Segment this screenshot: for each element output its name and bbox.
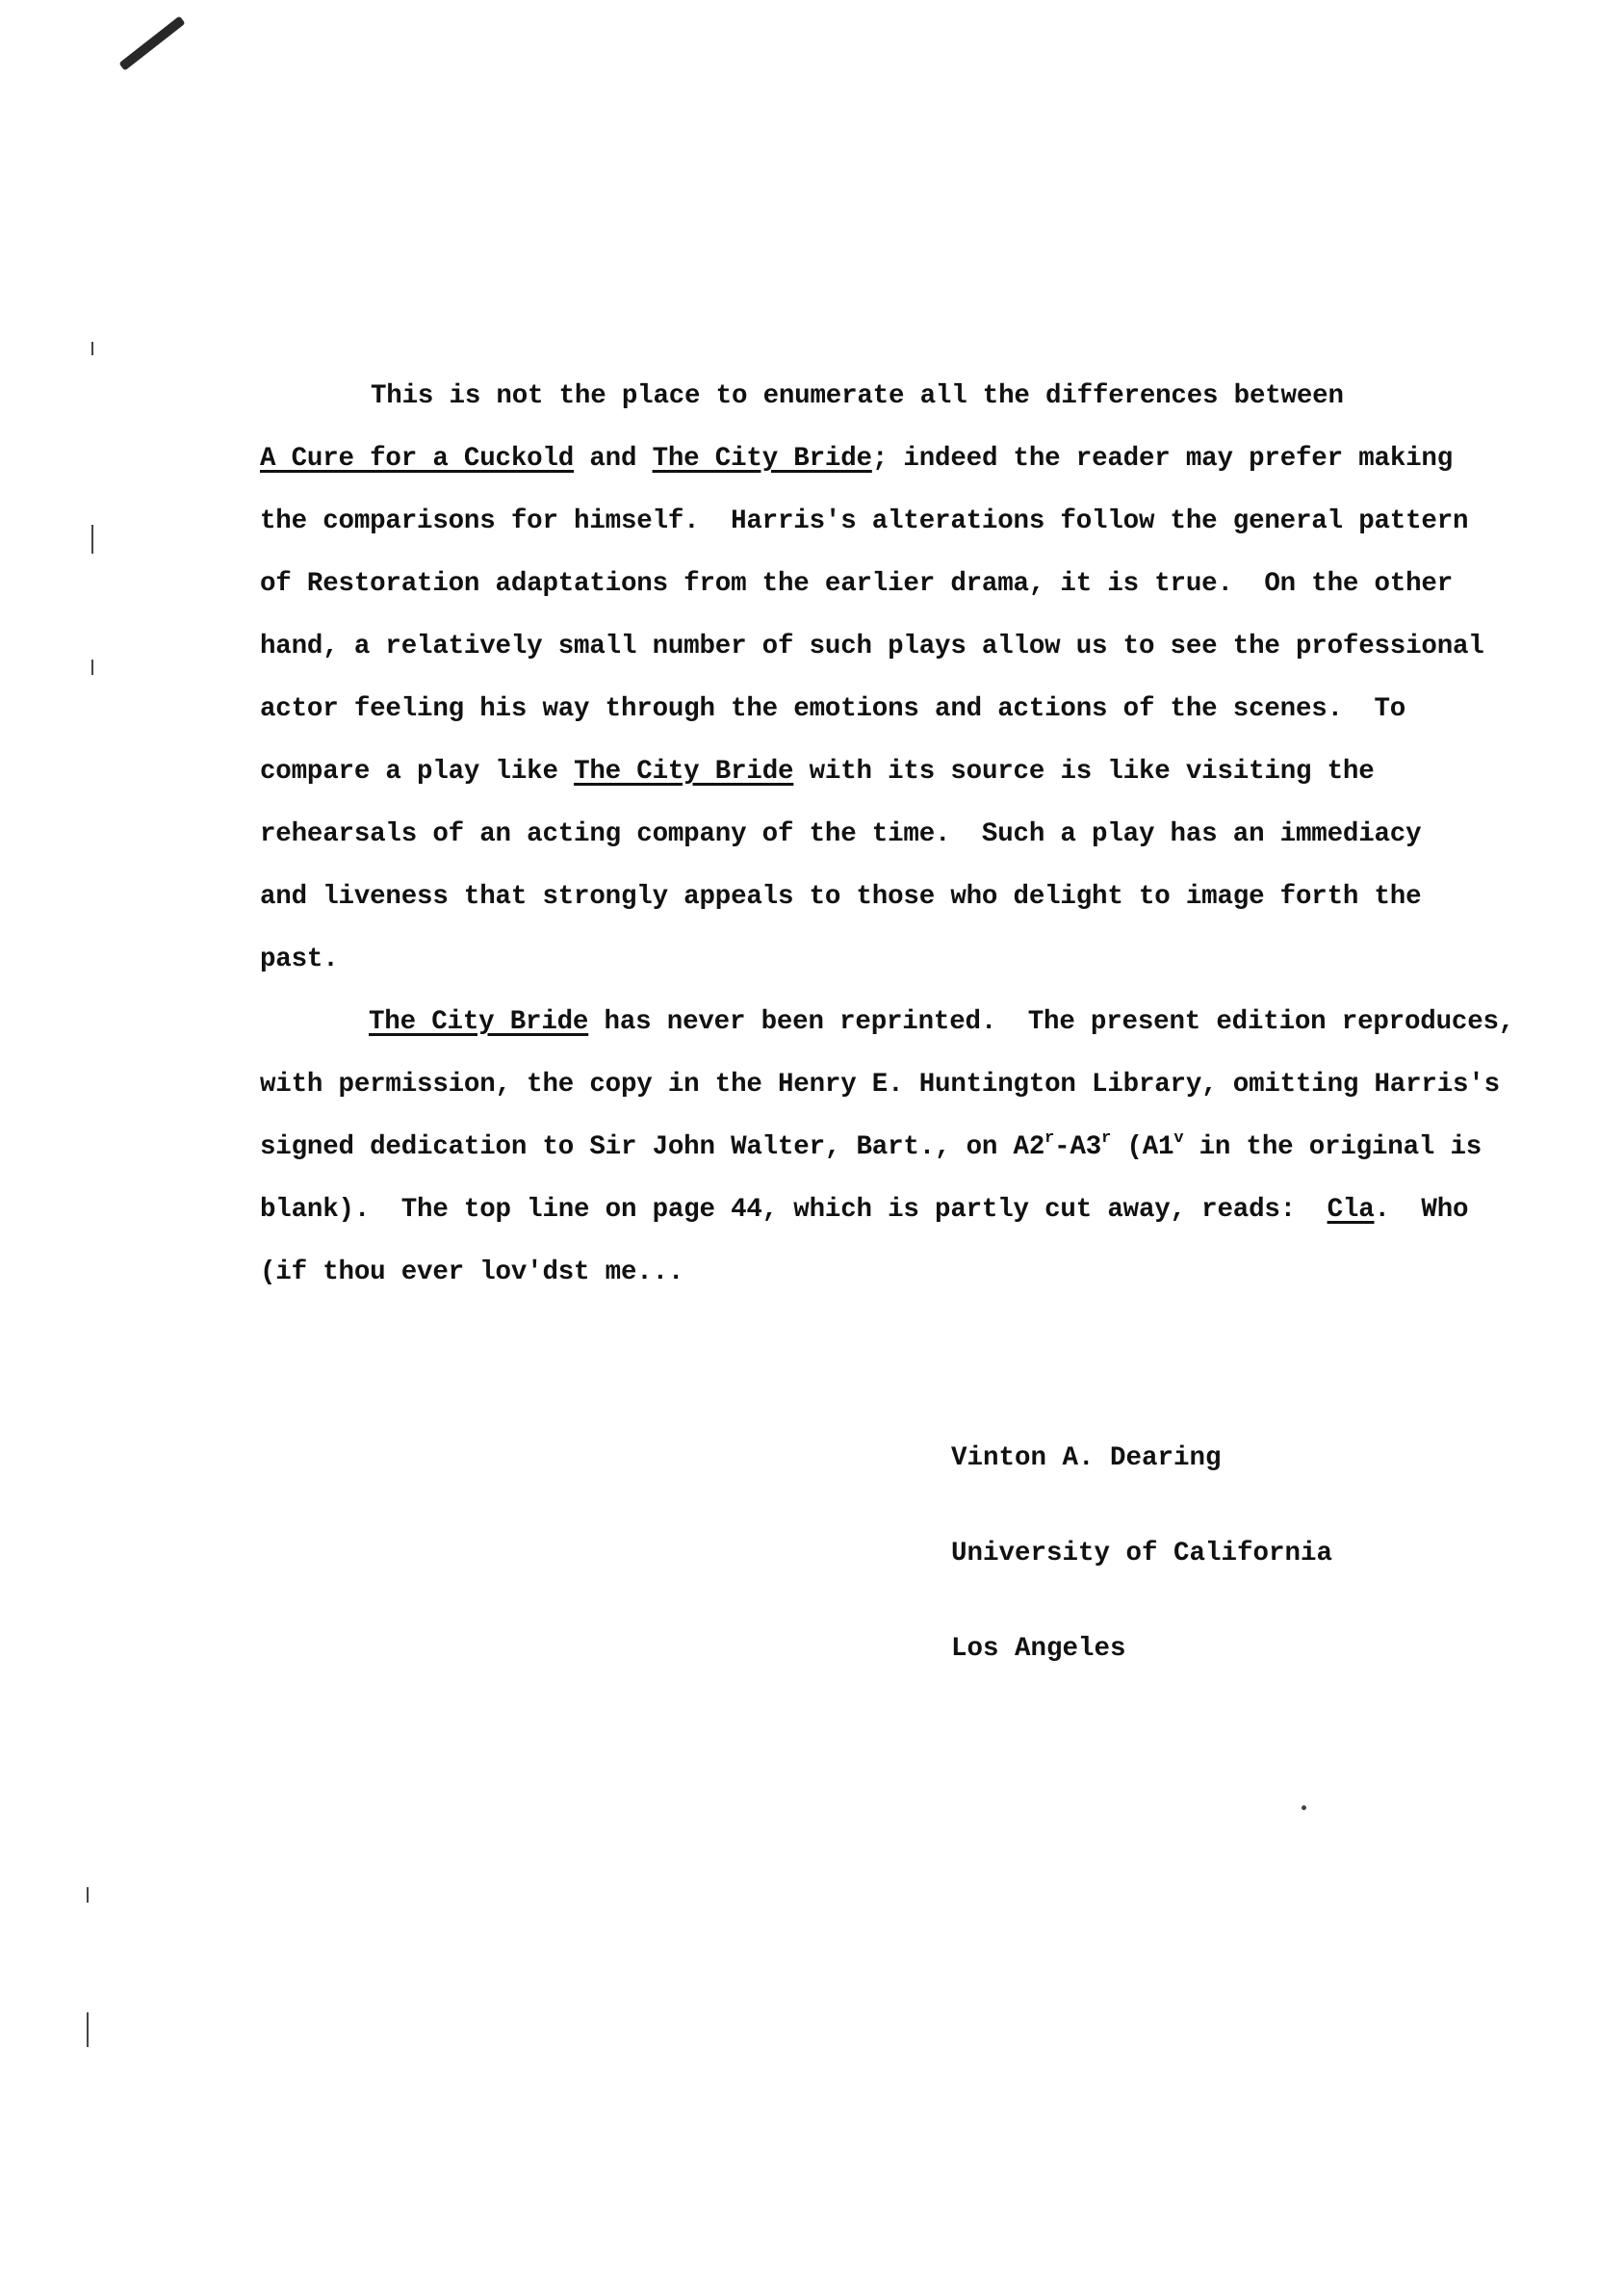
superscript-recto: r <box>1101 1129 1111 1148</box>
text-line: actor feeling his way through the emotio… <box>260 693 1405 726</box>
signature-city: Los Angeles <box>951 1633 1332 1665</box>
margin-speck <box>91 660 93 675</box>
text-line: and liveness that strongly appeals to th… <box>260 881 1421 914</box>
margin-speck <box>87 1887 89 1903</box>
text-line: past. <box>260 944 339 976</box>
title-the-city-bride: The City Bride <box>574 757 793 787</box>
title-the-city-bride: The City Bride <box>369 1007 588 1037</box>
speaker-abbreviation-cla: Cla <box>1328 1195 1375 1225</box>
text-line: the comparisons for himself. Harris's al… <box>260 505 1468 538</box>
margin-speck <box>1302 1805 1306 1810</box>
text-line: compare a play like The City Bride with … <box>260 756 1375 789</box>
document-page: This is not the place to enumerate all t… <box>0 0 1624 2281</box>
text-line: with permission, the copy in the Henry E… <box>260 1069 1500 1102</box>
text-line: The City Bride has never been reprinted.… <box>369 1006 1514 1039</box>
text-line: blank). The top line on page 44, which i… <box>260 1194 1468 1227</box>
text-line: signed dedication to Sir John Walter, Ba… <box>260 1131 1482 1164</box>
signature-institution: University of California <box>951 1538 1332 1569</box>
margin-speck <box>87 2012 89 2047</box>
margin-speck <box>91 342 93 355</box>
text-line: A Cure for a Cuckold and The City Bride;… <box>260 443 1453 476</box>
text-line: of Restoration adaptations from the earl… <box>260 568 1453 601</box>
title-a-cure-for-a-cuckold: A Cure for a Cuckold <box>260 444 574 474</box>
text-line: This is not the place to enumerate all t… <box>371 380 1344 413</box>
superscript-verso: v <box>1173 1129 1183 1148</box>
margin-speck <box>91 525 93 554</box>
scan-artifact-mark <box>118 15 185 70</box>
text-line: hand, a relatively small number of such … <box>260 631 1484 663</box>
text-line: (if thou ever lov'dst me... <box>260 1257 683 1289</box>
signature-block: Vinton A. Dearing University of Californ… <box>951 1379 1332 1728</box>
signature-name: Vinton A. Dearing <box>951 1442 1332 1474</box>
title-the-city-bride: The City Bride <box>653 444 872 474</box>
superscript-recto: r <box>1044 1129 1054 1148</box>
text-line: rehearsals of an acting company of the t… <box>260 818 1421 851</box>
